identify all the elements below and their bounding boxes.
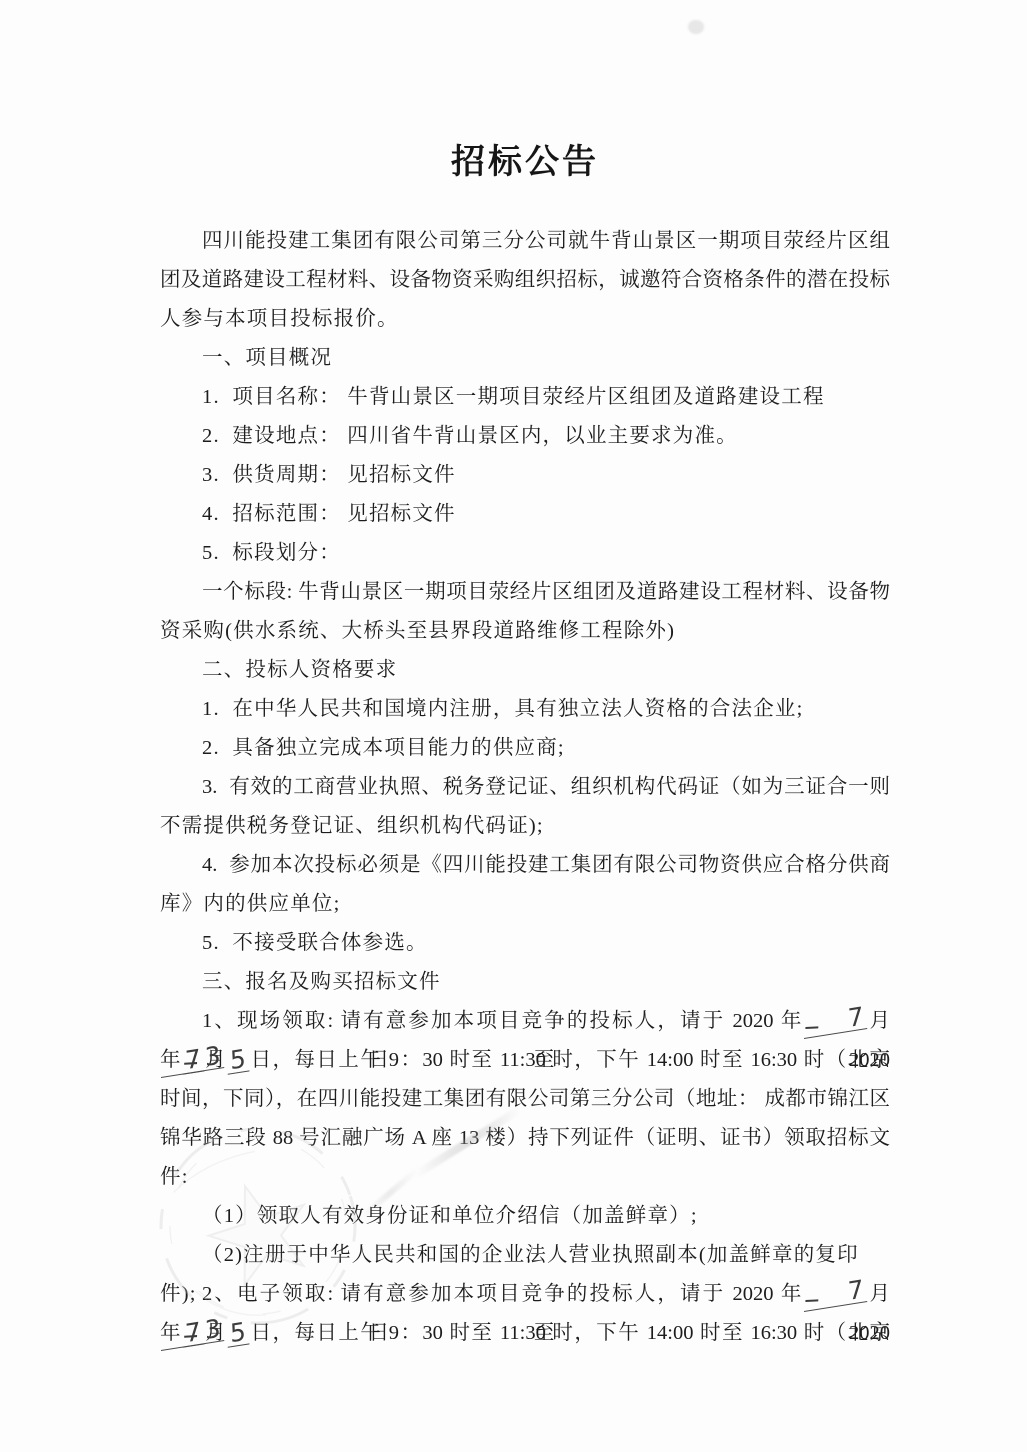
onsite-pickup-line: 锦华路三段 88 号汇融广场 A 座 13 楼）持下列证件（证明、证书）领取招标… — [160, 1119, 890, 1158]
lot-description-line: 资采购(供水系统、大桥头至县界段道路维修工程除外) — [160, 612, 890, 651]
section1-heading: 一、项目概况 — [160, 339, 890, 378]
section1-item-tender-scope: 4. 招标范围： 见招标文件 — [160, 495, 890, 534]
handwritten-month-digit: 7 — [181, 1047, 204, 1075]
handwritten-month-digit: 7 — [181, 1320, 204, 1348]
handwritten-month-digit: 7 — [803, 1278, 867, 1312]
qualification-item: 2. 具备独立完成本项目能力的供应商; — [160, 729, 890, 768]
qualification-item-continued: 不需提供税务登记证、组织机构代码证); — [160, 807, 890, 846]
onsite-pickup-line: 1、现场领取: 请有意参加本项目竞争的投标人，请于 2020 年7月3日至 20… — [160, 1002, 890, 1041]
intro-line: 四川能投建工集团有限公司第三分公司就牛背山景区一期项目荥经片区组 — [160, 222, 890, 261]
onsite-pickup-line: 年7月5日，每日上午 9：30 时至 11:30 时，下午 14:00 时至 1… — [160, 1041, 890, 1080]
line-text: 月 — [867, 1283, 890, 1305]
qualification-item: 1. 在中华人民共和国境内注册，具有独立法人资格的合法企业; — [160, 690, 890, 729]
line-text: 日，每日上午 9：30 时至 11:30 时，下午 14:00 时至 16:30… — [249, 1049, 890, 1071]
onsite-pickup-line: 件: — [160, 1158, 890, 1197]
line-text: 1、现场领取: 请有意参加本项目竞争的投标人，请于 2020 年 — [202, 1010, 803, 1032]
scanned-document-page: 招标公告 四川能投建工集团有限公司第三分公司就牛背山景区一期项目荥经片区组 团及… — [0, 0, 1027, 1452]
required-certificate-item: （1）领取人有效身份证和单位介绍信（加盖鲜章）; — [160, 1197, 890, 1236]
qualification-item: 5. 不接受联合体参选。 — [160, 924, 890, 963]
handwritten-day-digit: 5 — [227, 1320, 250, 1348]
lot-description-line: 一个标段: 牛背山景区一期项目荥经片区组团及道路建设工程材料、设备物 — [160, 573, 890, 612]
intro-line: 人参与本项目投标报价。 — [160, 300, 890, 339]
line-text: 2、电子领取: 请有意参加本项目竞争的投标人，请于 2020 年 — [202, 1283, 803, 1305]
line-text: 月 — [867, 1010, 890, 1032]
line-text: 日，每日上午 9：30 时至 11:30 时，下午 14:00 时至 16:30… — [249, 1322, 890, 1344]
required-certificate-item: （2)注册于中华人民共和国的企业法人营业执照副本(加盖鲜章的复印件); — [160, 1236, 890, 1275]
section2-heading: 二、投标人资格要求 — [160, 651, 890, 690]
section1-item-supply-period: 3. 供货周期： 见招标文件 — [160, 456, 890, 495]
section1-item-lot-division: 5. 标段划分： — [160, 534, 890, 573]
electronic-pickup-line: 2、电子领取: 请有意参加本项目竞争的投标人，请于 2020 年7月3日至 20… — [160, 1275, 890, 1314]
page-title: 招标公告 — [160, 141, 890, 185]
intro-line: 团及道路建设工程材料、设备物资采购组织招标，诚邀符合资格条件的潜在投标 — [160, 261, 890, 300]
section1-item-location: 2. 建设地点： 四川省牛背山景区内，以业主要求为准。 — [160, 417, 890, 456]
qualification-item: 3. 有效的工商营业执照、税务登记证、组织机构代码证（如为三证合一则 — [160, 768, 890, 807]
electronic-pickup-line: 年7月5日，每日上午 9：30 时至 11:30 时，下午 14:00 时至 1… — [160, 1314, 890, 1353]
qualification-item: 4. 参加本次投标必须是《四川能投建工集团有限公司物资供应合格分供商 — [160, 846, 890, 885]
onsite-pickup-line: 时间，下同），在四川能投建工集团有限公司第三分公司（地址： 成都市锦江区 — [160, 1080, 890, 1119]
document-body: 招标公告 四川能投建工集团有限公司第三分公司就牛背山景区一期项目荥经片区组 团及… — [160, 0, 890, 1353]
handwritten-month-digit: 7 — [803, 1005, 867, 1039]
qualification-item-continued: 库》内的供应单位; — [160, 885, 890, 924]
handwritten-day-digit: 5 — [227, 1047, 250, 1075]
section3-heading: 三、报名及购买招标文件 — [160, 963, 890, 1002]
section1-item-project-name: 1. 项目名称： 牛背山景区一期项目荥经片区组团及道路建设工程 — [160, 378, 890, 417]
